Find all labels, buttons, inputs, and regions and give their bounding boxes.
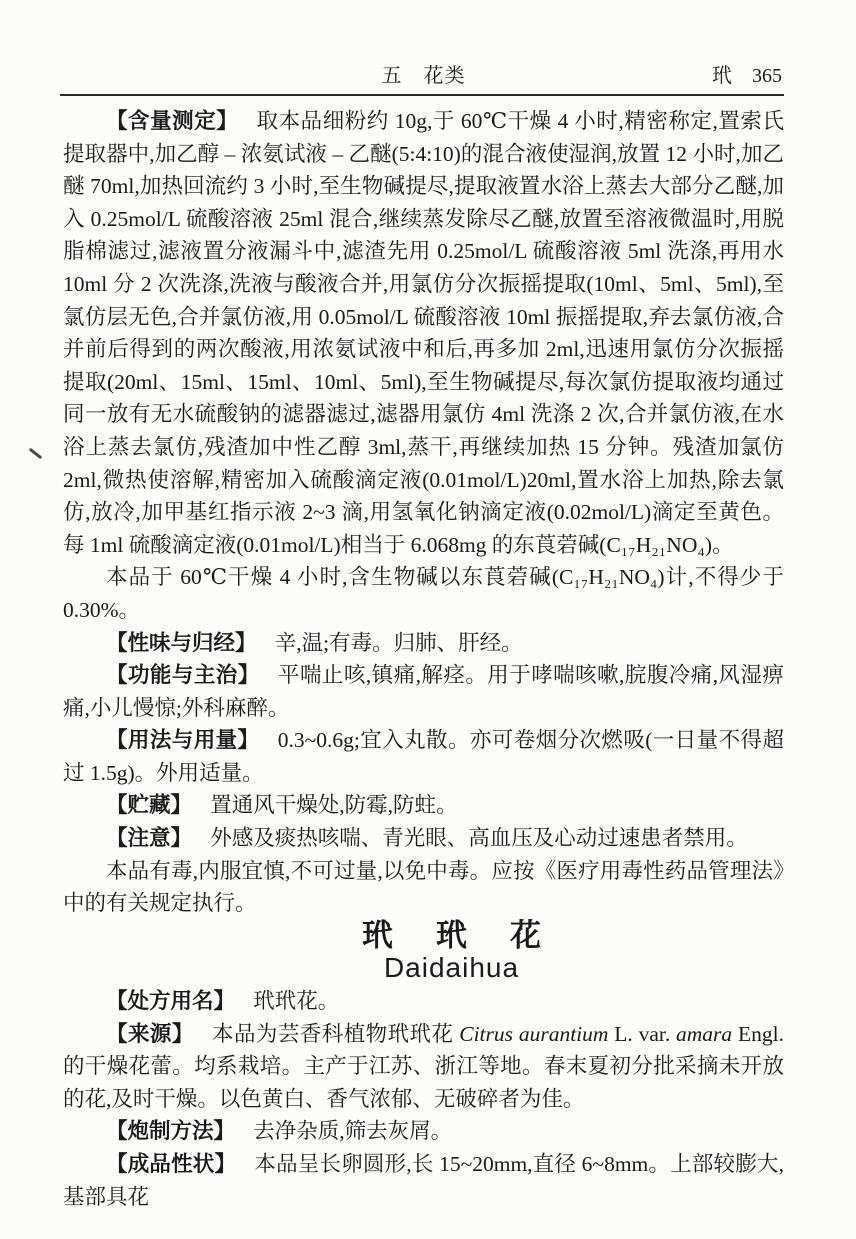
properties-text: 辛,温;有毒。归肺、肝经。 <box>275 631 523 655</box>
section-label-processing: 【炮制方法】 <box>106 1119 235 1143</box>
paragraph-prescription-name: 【处方用名】玳玳花。 <box>63 985 784 1018</box>
paragraph-assay: 【含量测定】取本品细粉约 10g,于 60℃干燥 4 小时,精密称定,置索氏提取… <box>63 105 784 561</box>
section-label-appearance: 【成品性状】 <box>106 1152 236 1176</box>
prescription-name-text: 玳玳花。 <box>253 989 339 1013</box>
header-rule <box>60 94 784 96</box>
thumb-index-char: 玳 <box>712 62 732 90</box>
monograph-title: 玳 玳 花 <box>63 920 784 953</box>
paragraph-assay-limit: 本品于 60℃干燥 4 小时,含生物碱以东莨菪碱(C₁₇H₂₁NO₄)计,不得少… <box>63 561 784 626</box>
section-label-functions: 【功能与主治】 <box>106 663 260 687</box>
paragraph-storage: 【贮藏】置通风干燥处,防霉,防蛀。 <box>63 789 784 822</box>
paragraph-source: 【来源】本品为芸香科植物玳玳花 Citrus aurantium L. var.… <box>63 1018 784 1116</box>
section-label-assay: 【含量测定】 <box>106 109 238 133</box>
paragraph-processing: 【炮制方法】去净杂质,筛去灰屑。 <box>63 1115 784 1148</box>
section-label-storage: 【贮藏】 <box>106 793 192 817</box>
processing-text: 去净杂质,筛去灰屑。 <box>253 1119 452 1143</box>
paragraph-functions: 【功能与主治】平喘止咳,镇痛,解痉。用于哮喘咳嗽,脘腹冷痛,风湿痹痛,小儿慢惊;… <box>63 659 784 724</box>
paragraph-caution: 【注意】外感及痰热咳喘、青光眼、高血压及心动过速患者禁用。 <box>63 822 784 855</box>
paragraph-properties: 【性味与归经】辛,温;有毒。归肺、肝经。 <box>63 627 784 660</box>
latin-name-variety: amara <box>676 1022 732 1046</box>
caution-text: 外感及痰热咳喘、青光眼、高血压及心动过速患者禁用。 <box>210 826 748 850</box>
section-label-dosage: 【用法与用量】 <box>106 728 259 752</box>
section-label-source: 【来源】 <box>106 1022 194 1046</box>
section-label-prescription-name: 【处方用名】 <box>106 989 235 1013</box>
toxicity-note-text: 本品有毒,内服宜慎,不可过量,以免中毒。应按《医疗用毒性药品管理法》中的有关规定… <box>63 859 784 916</box>
paragraph-dosage: 【用法与用量】0.3~0.6g;宜入丸散。亦可卷烟分次燃吸(一日量不得超过 1.… <box>63 724 784 789</box>
page-number: 365 <box>752 62 782 90</box>
paragraph-appearance: 【成品性状】本品呈长卵圆形,长 15~20mm,直径 6~8mm。上部较膨大,基… <box>63 1148 784 1213</box>
running-head-section: 五 花类 <box>63 62 784 90</box>
storage-text: 置通风干燥处,防霉,防蛀。 <box>210 793 457 817</box>
book-page: 五 花类 玳 365 【含量测定】取本品细粉约 10g,于 60℃干燥 4 小时… <box>0 0 856 1239</box>
assay-text: 取本品细粉约 10g,于 60℃干燥 4 小时,精密称定,置索氏提取器中,加乙醇… <box>63 109 784 557</box>
page-body: 【含量测定】取本品细粉约 10g,于 60℃干燥 4 小时,精密称定,置索氏提取… <box>63 105 784 1213</box>
section-label-caution: 【注意】 <box>106 826 192 850</box>
margin-stray-mark <box>29 448 43 460</box>
assay-limit-text: 本品于 60℃干燥 4 小时,含生物碱以东莨菪碱(C₁₇H₂₁NO₄)计,不得少… <box>63 565 784 622</box>
running-head-right: 玳 365 <box>712 62 782 90</box>
monograph-pinyin: Daidaihua <box>63 952 784 985</box>
running-head: 五 花类 玳 365 <box>63 62 784 90</box>
paragraph-toxicity-note: 本品有毒,内服宜慎,不可过量,以免中毒。应按《医疗用毒性药品管理法》中的有关规定… <box>63 855 784 920</box>
latin-name-genus-species: Citrus aurantium <box>459 1022 608 1046</box>
source-text-0: 本品为芸香科植物玳玳花 <box>212 1022 459 1046</box>
section-label-properties: 【性味与归经】 <box>106 631 257 655</box>
source-text-1: L. var. <box>608 1022 676 1046</box>
